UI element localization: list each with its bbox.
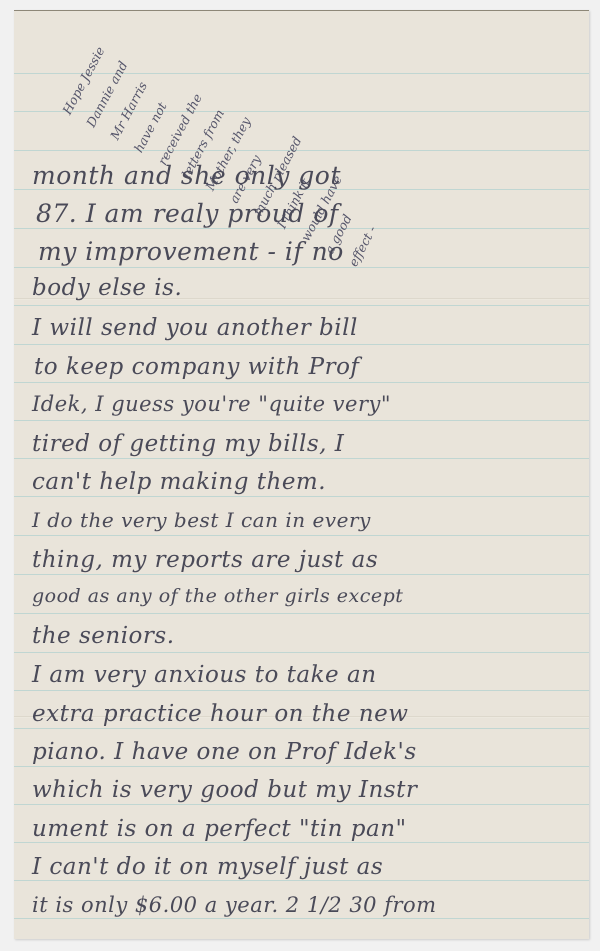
body-line: body else is. [32,275,182,301]
body-line: tired of getting my bills, I [32,431,344,457]
body-line: thing, my reports are just as [32,547,378,573]
body-line: can't help making them. [32,469,326,495]
ruled-line [14,918,589,919]
body-line: Idek, I guess you're "quite very" [32,392,391,416]
margin-note: Hope Jessie Dannie and Mr Harris have no… [54,10,448,272]
ruled-line [14,804,589,805]
ruled-line [14,574,589,575]
ruled-line [14,420,589,421]
body-line: I do the very best I can in every [32,508,371,532]
ruled-line [14,690,589,691]
ruled-line [14,880,589,881]
ruled-line [14,305,589,306]
ruled-line [14,496,589,497]
ruled-line [14,613,589,614]
ruled-line [14,382,589,383]
body-line: extra practice hour on the new [32,701,408,727]
body-line: which is very good but my Instr [32,777,417,803]
ruled-line [14,652,589,653]
ruled-line [14,728,589,729]
body-line: piano. I have one on Prof Idek's [32,739,417,765]
body-line: to keep company with Prof [34,354,359,380]
ruled-line [14,458,589,459]
body-line: month and she only got [32,161,341,190]
ruled-line [14,267,589,268]
body-line: 87. I am realy proud of [36,199,339,228]
body-line: my improvement - if no [38,237,344,266]
body-line: it is only $6.00 a year. 2 1/2 30 from [32,893,437,917]
ruled-line [14,344,589,345]
body-line: I can't do it on myself just as [32,854,383,880]
body-line: I am very anxious to take an [32,662,377,688]
ruled-line [14,535,589,536]
ruled-line [14,766,589,767]
body-line: the seniors. [32,623,175,649]
letter-page: Hope Jessie Dannie and Mr Harris have no… [14,10,589,939]
body-line: ument is on a perfect "tin pan" [32,816,407,842]
ruled-line [14,842,589,843]
body-line: good as any of the other girls except [32,585,403,607]
body-line: I will send you another bill [32,315,358,341]
